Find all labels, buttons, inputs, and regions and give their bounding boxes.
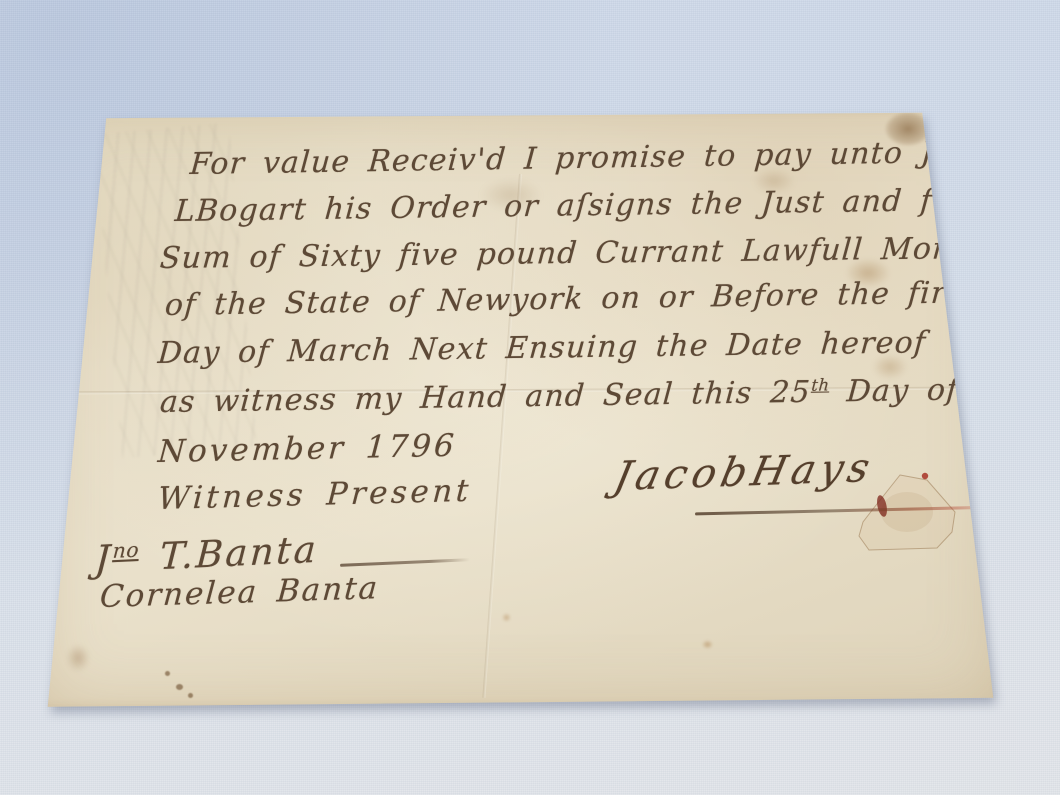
line6-prefix: as witness my Hand and Seal this 25 [159, 375, 812, 420]
document-paper: For value Receiv'd I promise to pay unto… [40, 108, 1000, 708]
ink-speck [176, 684, 183, 690]
manuscript-line-6: as witness my Hand and Seal this 25th Da… [159, 372, 960, 420]
manuscript-line-4: of the State of Newyork on or Before the… [164, 274, 1027, 323]
manuscript-date-line: November 1796 [157, 428, 458, 470]
ink-speck [188, 693, 193, 698]
signature-jacob-hays: JacobHays [610, 445, 879, 500]
witness-heading: Witness Present [157, 473, 473, 517]
ink-speck [165, 671, 170, 676]
red-wax-speck [922, 473, 928, 479]
witness1-superscript: no [112, 538, 140, 563]
witness1-name: T.Banta [137, 528, 319, 579]
manuscript-line-1: For value Receiv'd I promise to pay unto… [189, 134, 1020, 182]
witness1-flourish [340, 558, 470, 566]
photo-background: For value Receiv'd I promise to pay unto… [0, 0, 1060, 795]
witness-signature-2: Cornelea Banta [99, 570, 381, 615]
manuscript-line-2: LBogart his Order or aſsigns the Just an… [174, 182, 1025, 229]
manuscript-line-5: Day of March Next Ensuing the Date hereo… [157, 325, 928, 371]
document-paper-wrap: For value Receiv'd I promise to pay unto… [40, 108, 1000, 708]
witness1-initial: J [94, 537, 114, 581]
line6-suffix: Day of [828, 372, 960, 409]
stain-left-edge [66, 644, 90, 672]
stain-dot-bottom-center [702, 640, 713, 649]
line6-ordinal-suffix: th [811, 375, 831, 394]
stain-dot-mid [502, 613, 511, 622]
wax-seal-remnant [855, 470, 967, 570]
